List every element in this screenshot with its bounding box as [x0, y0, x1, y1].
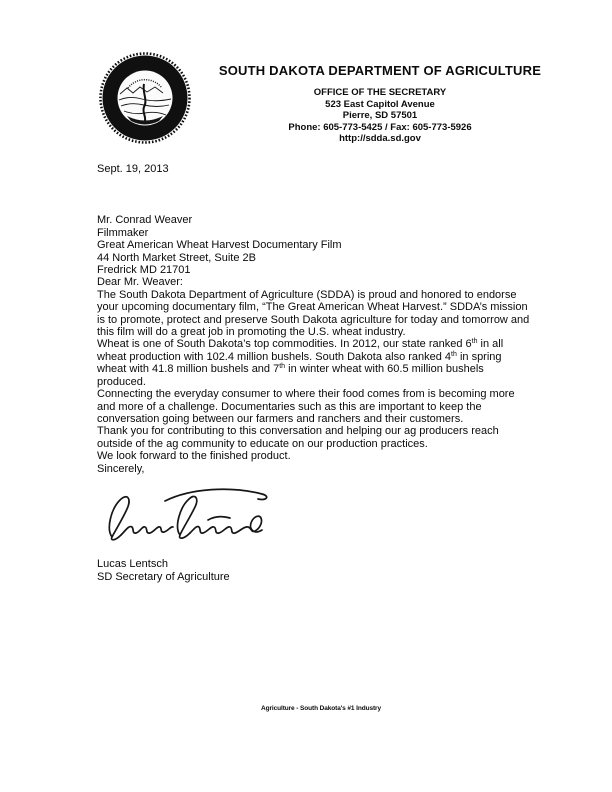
signer-title: SD Secretary of Agriculture [97, 571, 530, 583]
body-paragraph-2: Wheat is one of South Dakota’s top commo… [97, 338, 530, 388]
footer-tagline: Agriculture - South Dakota's #1 Industry [0, 705, 612, 712]
scanned-letter-page: SOUTH DAKOTA DEPARTMENT OF AGRICULTURE O… [0, 0, 612, 792]
letter-date: Sept. 19, 2013 [97, 163, 530, 175]
p2-text: Wheat is one of South Dakota’s top commo… [97, 338, 472, 350]
letter-body: Sept. 19, 2013 Mr. Conrad Weaver Filmmak… [97, 163, 530, 583]
body-paragraph-3: Connecting the everyday consumer to wher… [97, 388, 530, 425]
office-name: OFFICE OF THE SECRETARY [190, 87, 570, 99]
phone-fax: Phone: 605-773-5425 / Fax: 605-773-5926 [190, 122, 570, 134]
street-address: 523 East Capitol Avenue [190, 99, 570, 111]
closing-salutation: Sincerely, [97, 463, 530, 475]
handwritten-signature-image [105, 485, 275, 547]
recipient-organization: Great American Wheat Harvest Documentary… [97, 239, 530, 251]
recipient-city-state-zip: Fredrick MD 21701 [97, 264, 530, 276]
body-paragraph-4: Thank you for contributing to this conve… [97, 425, 530, 450]
letterhead-contact-block: OFFICE OF THE SECRETARY 523 East Capitol… [190, 87, 570, 145]
body-paragraph-1: The South Dakota Department of Agricultu… [97, 289, 530, 339]
letterhead-text: SOUTH DAKOTA DEPARTMENT OF AGRICULTURE O… [190, 63, 570, 145]
body-paragraph-5: We look forward to the finished product. [97, 450, 530, 462]
south-dakota-state-seal-icon [98, 50, 192, 146]
recipient-name: Mr. Conrad Weaver [97, 214, 530, 226]
recipient-title: Filmmaker [97, 227, 530, 239]
department-title: SOUTH DAKOTA DEPARTMENT OF AGRICULTURE [190, 63, 570, 78]
recipient-address-block: Mr. Conrad Weaver Filmmaker Great Americ… [97, 214, 530, 276]
city-state-zip: Pierre, SD 57501 [190, 110, 570, 122]
salutation: Dear Mr. Weaver: [97, 276, 530, 288]
website-url: http://sdda.sd.gov [190, 133, 570, 145]
letterhead: SOUTH DAKOTA DEPARTMENT OF AGRICULTURE O… [0, 0, 612, 150]
recipient-street: 44 North Market Street, Suite 2B [97, 252, 530, 264]
signer-name: Lucas Lentsch [97, 558, 530, 570]
